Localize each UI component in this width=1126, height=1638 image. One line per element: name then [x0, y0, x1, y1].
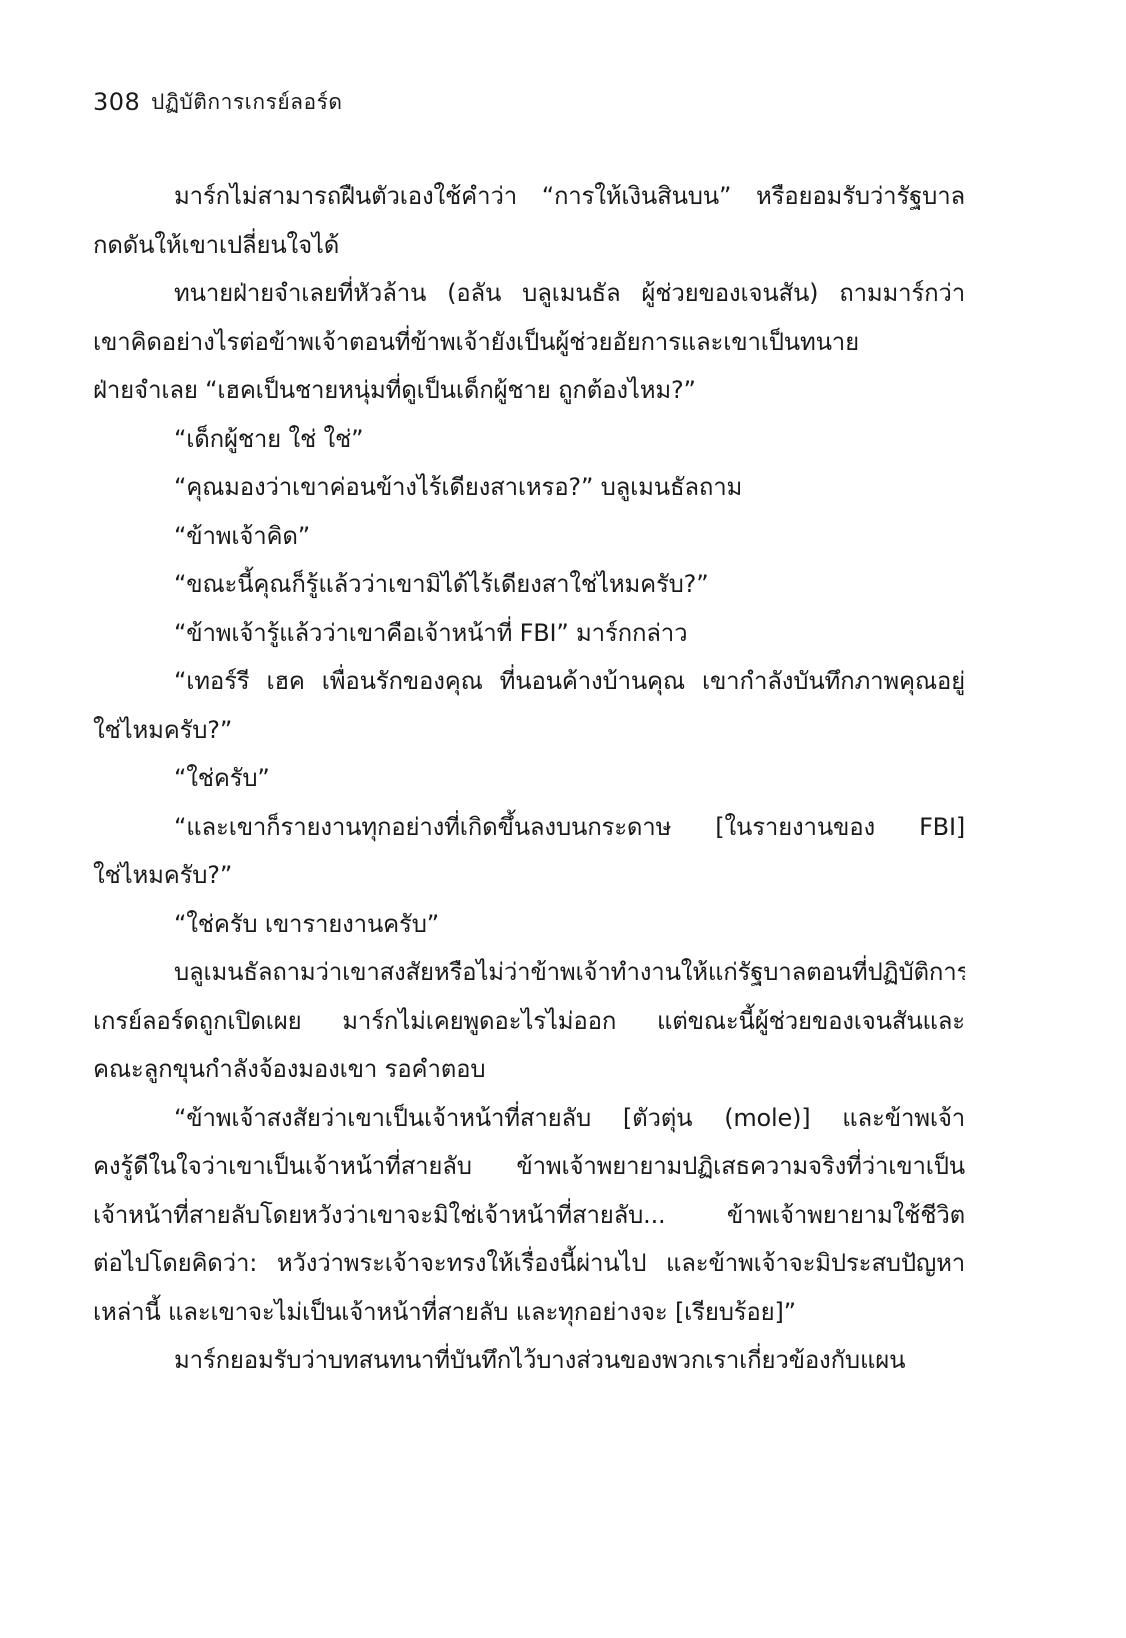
text-line: เขาคิดอย่างไรต่อข้าพเจ้าตอนที่ข้าพเจ้ายั… — [93, 318, 965, 367]
text-line: ทนายฝ่ายจำเลยที่หัวล้าน (อลัน บลูเมนธัล … — [93, 269, 965, 318]
text-line: บลูเมนธัลถามว่าเขาสงสัยหรือไม่ว่าข้าพเจ้… — [93, 948, 965, 997]
text-line: “คุณมองว่าเขาค่อนข้างไร้เดียงสาเหรอ?” บล… — [93, 463, 965, 512]
text-line: เหล่านี้ และเขาจะไม่เป็นเจ้าหน้าที่สายลั… — [93, 1288, 965, 1337]
text-line: “เด็กผู้ชาย ใช่ ใช่” — [93, 415, 965, 464]
text-line: เกรย์ลอร์ดถูกเปิดเผย มาร์กไม่เคยพูดอะไรไ… — [93, 997, 965, 1046]
text-line: “และเขาก็รายงานทุกอย่างที่เกิดขึ้นลงบนกร… — [93, 803, 965, 852]
text-line: คณะลูกขุนกำลังจ้องมองเขา รอคำตอบ — [93, 1045, 965, 1094]
book-page: 308 ปฏิบัติการเกรย์ลอร์ด มาร์กไม่สามารถฝ… — [0, 0, 1126, 1638]
text-line: ใช่ไหมครับ?” — [93, 851, 965, 900]
page-number: 308 — [93, 88, 151, 116]
text-line: กดดันให้เขาเปลี่ยนใจได้ — [93, 221, 965, 270]
body-text: มาร์กไม่สามารถฝืนตัวเองใช้คำว่า “การให้เ… — [93, 172, 965, 1385]
text-line: มาร์กไม่สามารถฝืนตัวเองใช้คำว่า “การให้เ… — [93, 172, 965, 221]
text-line: “ขณะนี้คุณก็รู้แล้วว่าเขามิได้ไร้เดียงสา… — [93, 560, 965, 609]
book-title: ปฏิบัติการเกรย์ลอร์ด — [151, 86, 343, 119]
text-line: “ใช่ครับ” — [93, 754, 965, 803]
text-line: ใช่ไหมครับ?” — [93, 706, 965, 755]
text-line: คงรู้ดีในใจว่าเขาเป็นเจ้าหน้าที่สายลับ ข… — [93, 1142, 965, 1191]
text-line: “ข้าพเจ้าสงสัยว่าเขาเป็นเจ้าหน้าที่สายลั… — [93, 1094, 965, 1143]
text-line: ต่อไปโดยคิดว่า: หวังว่าพระเจ้าจะทรงให้เร… — [93, 1239, 965, 1288]
text-line: “ใช่ครับ เขารายงานครับ” — [93, 900, 965, 949]
text-line: มาร์กยอมรับว่าบทสนทนาที่บันทึกไว้บางส่วน… — [93, 1336, 965, 1385]
running-head: 308 ปฏิบัติการเกรย์ลอร์ด — [93, 86, 343, 118]
text-line: “ข้าพเจ้าคิด” — [93, 512, 965, 561]
text-line: “เทอร์รี เฮค เพื่อนรักของคุณ ที่นอนค้างบ… — [93, 657, 965, 706]
text-line: ฝ่ายจำเลย “เฮคเป็นชายหนุ่มที่ดูเป็นเด็กผ… — [93, 366, 965, 415]
text-line: “ข้าพเจ้ารู้แล้วว่าเขาคือเจ้าหน้าที่ FBI… — [93, 609, 965, 658]
text-line: เจ้าหน้าที่สายลับโดยหวังว่าเขาจะมิใช่เจ้… — [93, 1191, 965, 1240]
